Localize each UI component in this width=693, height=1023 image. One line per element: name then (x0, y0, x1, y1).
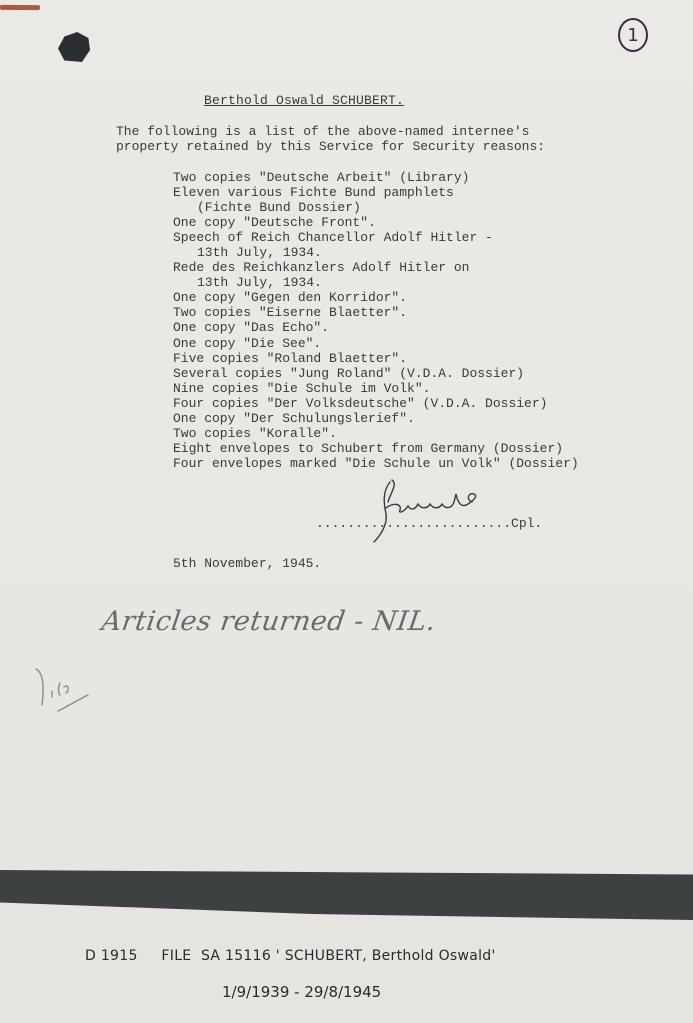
list-item: One copy "Das Echo". (173, 320, 579, 335)
archive-label-line1: D 1915 FILE SA 15116 ' SCHUBERT, Berthol… (85, 948, 496, 964)
punch-hole (58, 32, 90, 62)
list-item: One copy "Der Schulungslerief". (173, 411, 579, 426)
list-item: Two copies "Deutsche Arbeit" (Library) (173, 170, 579, 185)
list-item: Five copies "Roland Blaetter". (173, 351, 579, 366)
list-item: Eight envelopes to Schubert from Germany… (173, 441, 579, 456)
archive-label-dates: 1/9/1939 - 29/8/1945 (222, 983, 381, 1001)
property-list: Two copies "Deutsche Arbeit" (Library) E… (173, 170, 579, 471)
handwritten-note: Articles returned - NIL. (100, 606, 438, 637)
list-item: Eleven various Fichte Bund pamphlets (173, 185, 579, 200)
list-item: 13th July, 1934. (173, 275, 579, 290)
list-item: Several copies "Jung Roland" (V.D.A. Dos… (173, 366, 579, 381)
dark-divider-band (0, 870, 693, 920)
document-date: 5th November, 1945. (173, 556, 321, 571)
page-number-circle: 1 (618, 18, 648, 52)
list-item: Rede des Reichkanzlers Adolf Hitler on (173, 260, 579, 275)
intro-line: The following is a list of the above-nam… (116, 124, 545, 139)
list-item: Four copies "Der Volksdeutsche" (V.D.A. … (173, 396, 579, 411)
intro-line: property retained by this Service for Se… (116, 139, 545, 154)
document-page: 1 Berthold Oswald SCHUBERT. The followin… (0, 0, 693, 1023)
document-title: Berthold Oswald SCHUBERT. (204, 93, 404, 108)
paper-stain (0, 5, 40, 10)
list-item: Speech of Reich Chancellor Adolf Hitler … (173, 230, 579, 245)
list-item: One copy "Deutsche Front". (173, 215, 579, 230)
list-item: Four envelopes marked "Die Schule un Vol… (173, 456, 579, 471)
list-item: Two copies "Koralle". (173, 426, 579, 441)
list-item: (Fichte Bund Dossier) (173, 200, 579, 215)
page-number: 1 (627, 25, 638, 46)
list-item: One copy "Gegen den Korridor". (173, 290, 579, 305)
handwritten-signature (368, 474, 508, 544)
list-item: One copy "Die See". (173, 336, 579, 351)
list-item: 13th July, 1934. (173, 245, 579, 260)
intro-paragraph: The following is a list of the above-nam… (116, 124, 545, 154)
list-item: Nine copies "Die Schule im Volk". (173, 381, 579, 396)
list-item: Two copies "Eiserne Blaetter". (173, 305, 579, 320)
handwritten-initials (30, 665, 100, 725)
signature-line: .........................Cpl. (316, 516, 542, 531)
